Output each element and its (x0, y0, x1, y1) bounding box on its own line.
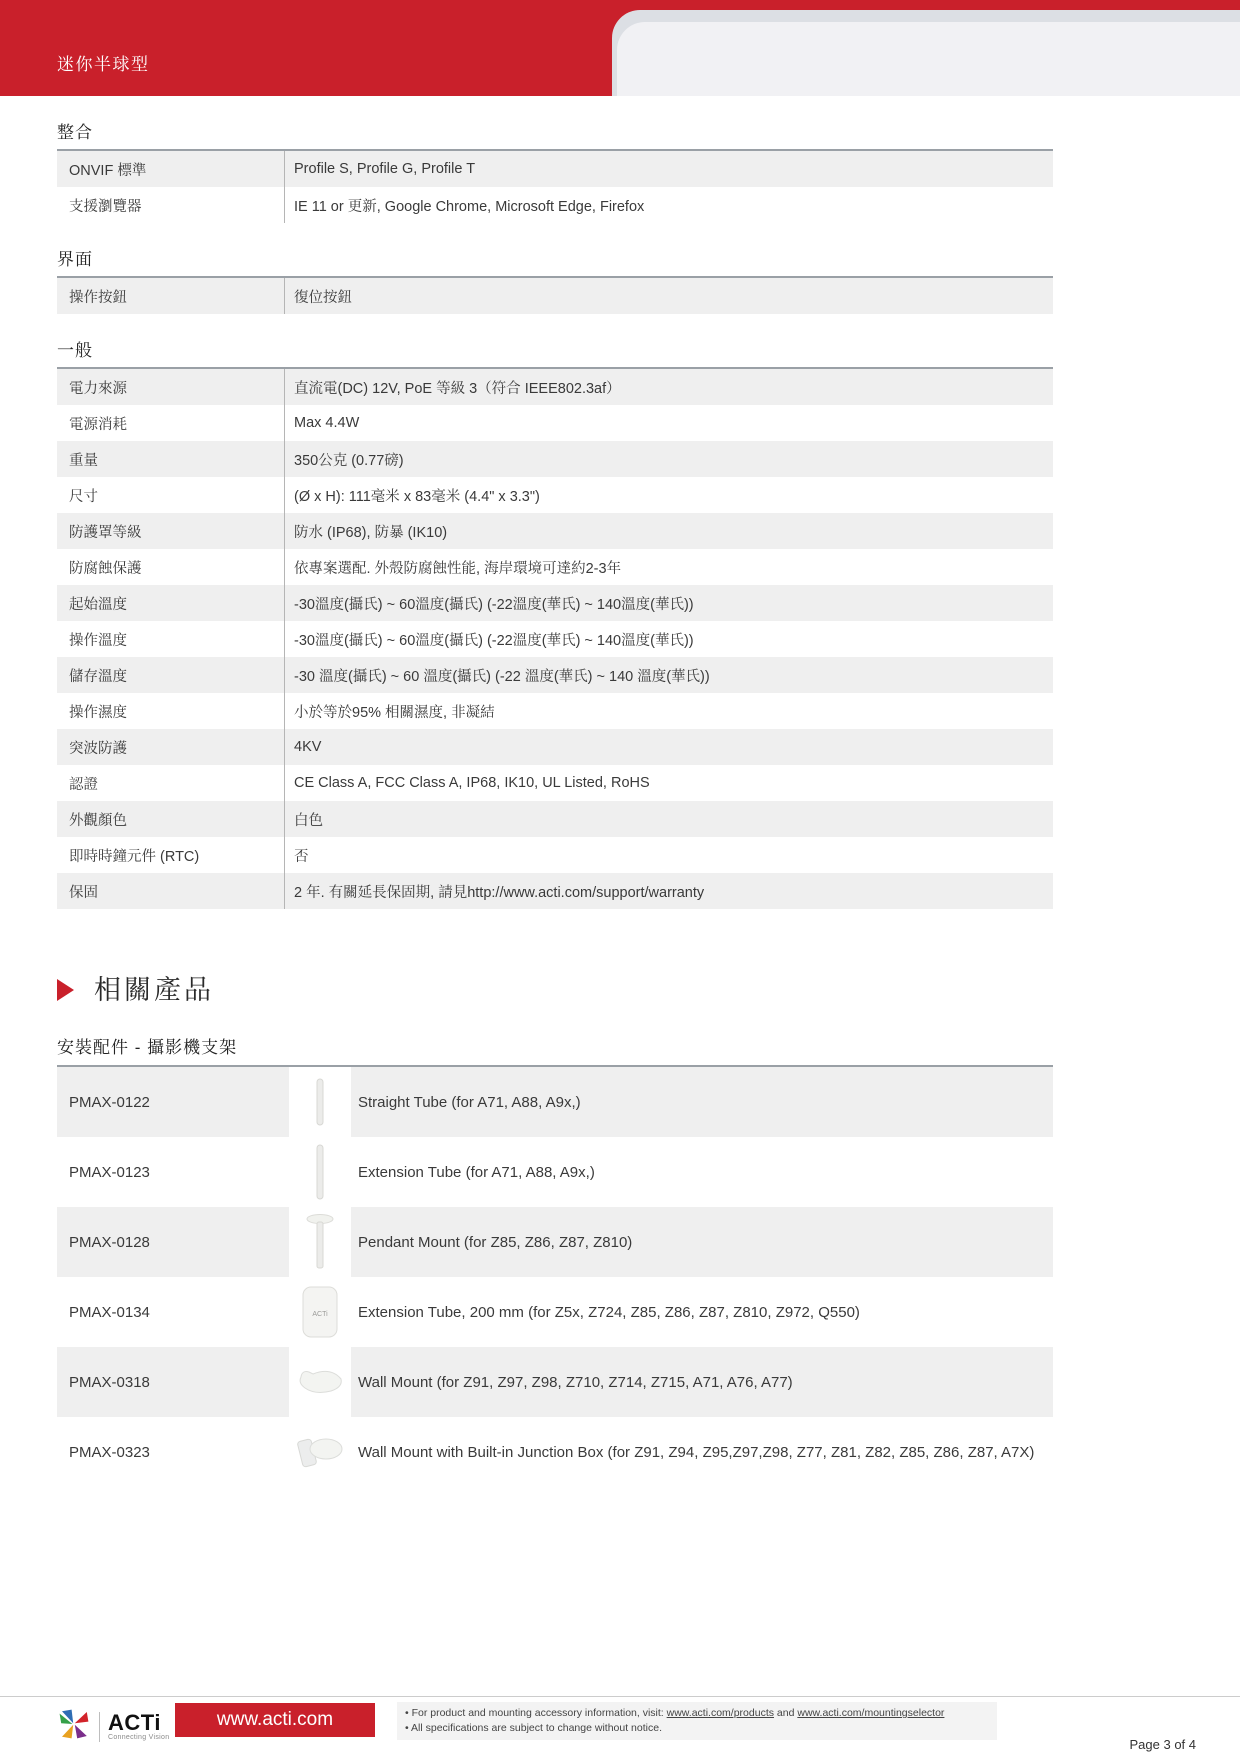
spec-label: 支援瀏覽器 (57, 187, 285, 223)
spec-label: 突波防護 (57, 729, 285, 765)
spec-value: CE Class A, FCC Class A, IP68, IK10, UL … (285, 765, 1053, 801)
product-row: PMAX-0134ACTiExtension Tube, 200 mm (for… (57, 1277, 1053, 1347)
spec-value: 依專案選配. 外殼防腐蝕性能, 海岸環境可達約2-3年 (285, 549, 1053, 585)
product-model: PMAX-0123 (57, 1137, 289, 1207)
section-title: 一般 (57, 340, 1053, 362)
spec-value: 小於等於95% 相關濕度, 非凝結 (285, 693, 1053, 729)
note-text: and (774, 1707, 797, 1719)
spec-label: 重量 (57, 441, 285, 477)
logo-divider (99, 1712, 100, 1742)
spec-section-interface: 界面 操作按鈕復位按鈕 (57, 249, 1053, 314)
header-corner-shape-inner (617, 22, 1240, 96)
spec-row: 認證CE Class A, FCC Class A, IP68, IK10, U… (57, 765, 1053, 801)
product-model: PMAX-0134 (57, 1277, 289, 1347)
page-number: Page 3 of 4 (1130, 1737, 1197, 1752)
spec-label: ONVIF 標準 (57, 151, 285, 187)
spec-label: 即時時鐘元件 (RTC) (57, 837, 285, 873)
spec-table: 電力來源直流電(DC) 12V, PoE 等級 3（符合 IEEE802.3af… (57, 367, 1053, 909)
wall-mount-junction-box-image (289, 1417, 351, 1487)
acti-pinwheel-icon (57, 1708, 91, 1745)
spec-section-general: 一般 電力來源直流電(DC) 12V, PoE 等級 3（符合 IEEE802.… (57, 340, 1053, 909)
spec-table: ONVIF 標準Profile S, Profile G, Profile T支… (57, 149, 1053, 223)
spec-value: (Ø x H): 111毫米 x 83毫米 (4.4" x 3.3") (285, 477, 1053, 513)
spec-row: 操作濕度小於等於95% 相關濕度, 非凝結 (57, 693, 1053, 729)
product-table: PMAX-0122Straight Tube (for A71, A88, A9… (57, 1065, 1053, 1487)
spec-value: 復位按鈕 (285, 278, 1053, 314)
spec-row: 突波防護4KV (57, 729, 1053, 765)
spec-value: Profile S, Profile G, Profile T (285, 151, 1053, 187)
product-model: PMAX-0128 (57, 1207, 289, 1277)
product-model: PMAX-0122 (57, 1067, 289, 1137)
page-header: 迷你半球型 (0, 0, 1240, 96)
footer-note-2: • All specifications are subject to chan… (405, 1721, 989, 1736)
logo-wordmark: ACTi (108, 1712, 169, 1734)
spec-row: 操作按鈕復位按鈕 (57, 278, 1053, 314)
spec-label: 電力來源 (57, 369, 285, 405)
pendant-mount-image (289, 1207, 351, 1277)
product-description: Wall Mount with Built-in Junction Box (f… (351, 1417, 1053, 1487)
spec-row: 防腐蝕保護依專案選配. 外殼防腐蝕性能, 海岸環境可達約2-3年 (57, 549, 1053, 585)
acti-logo: ACTi Connecting Vision (57, 1708, 169, 1745)
spec-value: 2 年. 有關延長保固期, 請見http://www.acti.com/supp… (285, 873, 1053, 909)
product-description: Extension Tube, 200 mm (for Z5x, Z724, Z… (351, 1277, 1053, 1347)
spec-value: 直流電(DC) 12V, PoE 等級 3（符合 IEEE802.3af） (285, 369, 1053, 405)
straight-tube-image (289, 1067, 351, 1137)
spec-row: 外觀顏色白色 (57, 801, 1053, 837)
spec-row: 尺寸(Ø x H): 111毫米 x 83毫米 (4.4" x 3.3") (57, 477, 1053, 513)
spec-value: 否 (285, 837, 1053, 873)
footer-notes: • For product and mounting accessory inf… (397, 1702, 997, 1740)
spec-label: 認證 (57, 765, 285, 801)
red-triangle-icon (57, 979, 74, 1001)
spec-value: -30溫度(攝氏) ~ 60溫度(攝氏) (-22溫度(華氏) ~ 140溫度(… (285, 585, 1053, 621)
spec-row: 操作溫度-30溫度(攝氏) ~ 60溫度(攝氏) (-22溫度(華氏) ~ 14… (57, 621, 1053, 657)
related-products-title: 相關產品 (94, 973, 214, 1007)
spec-label: 外觀顏色 (57, 801, 285, 837)
spec-label: 操作按鈕 (57, 278, 285, 314)
spec-label: 防護罩等級 (57, 513, 285, 549)
spec-row: 支援瀏覽器IE 11 or 更新, Google Chrome, Microso… (57, 187, 1053, 223)
spec-label: 防腐蝕保護 (57, 549, 285, 585)
spec-value: -30 溫度(攝氏) ~ 60 溫度(攝氏) (-22 溫度(華氏) ~ 140… (285, 657, 1053, 693)
spec-section-integration: 整合 ONVIF 標準Profile S, Profile G, Profile… (57, 122, 1053, 223)
spec-value: IE 11 or 更新, Google Chrome, Microsoft Ed… (285, 187, 1053, 223)
spec-value: 4KV (285, 729, 1053, 765)
section-title: 界面 (57, 249, 1053, 271)
product-row: PMAX-0318Wall Mount (for Z91, Z97, Z98, … (57, 1347, 1053, 1417)
datasheet-page: 迷你半球型 整合 ONVIF 標準Profile S, Profile G, P… (0, 0, 1240, 1755)
spec-table: 操作按鈕復位按鈕 (57, 276, 1053, 314)
spec-label: 起始溫度 (57, 585, 285, 621)
content-area: 整合 ONVIF 標準Profile S, Profile G, Profile… (57, 122, 1053, 1487)
spec-label: 電源消耗 (57, 405, 285, 441)
spec-label: 保固 (57, 873, 285, 909)
spec-value: Max 4.4W (285, 405, 1053, 441)
spec-value: 350公克 (0.77磅) (285, 441, 1053, 477)
spec-row: 電源消耗Max 4.4W (57, 405, 1053, 441)
spec-value: 白色 (285, 801, 1053, 837)
section-title: 整合 (57, 122, 1053, 144)
wall-mount-image (289, 1347, 351, 1417)
spec-row: 即時時鐘元件 (RTC)否 (57, 837, 1053, 873)
mountingselector-link[interactable]: www.acti.com/mountingselector (797, 1707, 944, 1719)
extension-tube-200-image: ACTi (289, 1277, 351, 1347)
product-description: Straight Tube (for A71, A88, A9x,) (351, 1067, 1053, 1137)
product-description: Pendant Mount (for Z85, Z86, Z87, Z810) (351, 1207, 1053, 1277)
product-row: PMAX-0123Extension Tube (for A71, A88, A… (57, 1137, 1053, 1207)
header-corner-shape (612, 10, 1240, 96)
spec-row: 儲存溫度-30 溫度(攝氏) ~ 60 溫度(攝氏) (-22 溫度(華氏) ~… (57, 657, 1053, 693)
spec-row: 重量350公克 (0.77磅) (57, 441, 1053, 477)
footer-note-1: • For product and mounting accessory inf… (405, 1706, 989, 1721)
spec-row: ONVIF 標準Profile S, Profile G, Profile T (57, 151, 1053, 187)
logo-tagline: Connecting Vision (108, 1734, 169, 1741)
product-description: Extension Tube (for A71, A88, A9x,) (351, 1137, 1053, 1207)
extension-tube-image (289, 1137, 351, 1207)
spec-label: 操作濕度 (57, 693, 285, 729)
product-row: PMAX-0128Pendant Mount (for Z85, Z86, Z8… (57, 1207, 1053, 1277)
spec-row: 保固2 年. 有關延長保固期, 請見http://www.acti.com/su… (57, 873, 1053, 909)
spec-row: 起始溫度-30溫度(攝氏) ~ 60溫度(攝氏) (-22溫度(華氏) ~ 14… (57, 585, 1053, 621)
spec-value: -30溫度(攝氏) ~ 60溫度(攝氏) (-22溫度(華氏) ~ 140溫度(… (285, 621, 1053, 657)
note-text: • For product and mounting accessory inf… (405, 1707, 667, 1719)
spec-label: 操作溫度 (57, 621, 285, 657)
products-link[interactable]: www.acti.com/products (667, 1707, 774, 1719)
spec-label: 尺寸 (57, 477, 285, 513)
page-title: 迷你半球型 (57, 50, 150, 75)
spec-label: 儲存溫度 (57, 657, 285, 693)
related-products-heading: 相關產品 (57, 973, 1053, 1007)
svg-text:ACTi: ACTi (312, 1311, 328, 1318)
product-row: PMAX-0323Wall Mount with Built-in Juncti… (57, 1417, 1053, 1487)
spec-row: 電力來源直流電(DC) 12V, PoE 等級 3（符合 IEEE802.3af… (57, 369, 1053, 405)
product-model: PMAX-0323 (57, 1417, 289, 1487)
website-button[interactable]: www.acti.com (175, 1703, 375, 1737)
mounting-accessories-subheading: 安裝配件 - 攝影機支架 (57, 1037, 1053, 1065)
page-footer: ACTi Connecting Vision www.acti.com • Fo… (0, 1696, 1240, 1755)
spec-row: 防護罩等級防水 (IP68), 防暴 (IK10) (57, 513, 1053, 549)
product-description: Wall Mount (for Z91, Z97, Z98, Z710, Z71… (351, 1347, 1053, 1417)
product-model: PMAX-0318 (57, 1347, 289, 1417)
spec-value: 防水 (IP68), 防暴 (IK10) (285, 513, 1053, 549)
product-row: PMAX-0122Straight Tube (for A71, A88, A9… (57, 1067, 1053, 1137)
